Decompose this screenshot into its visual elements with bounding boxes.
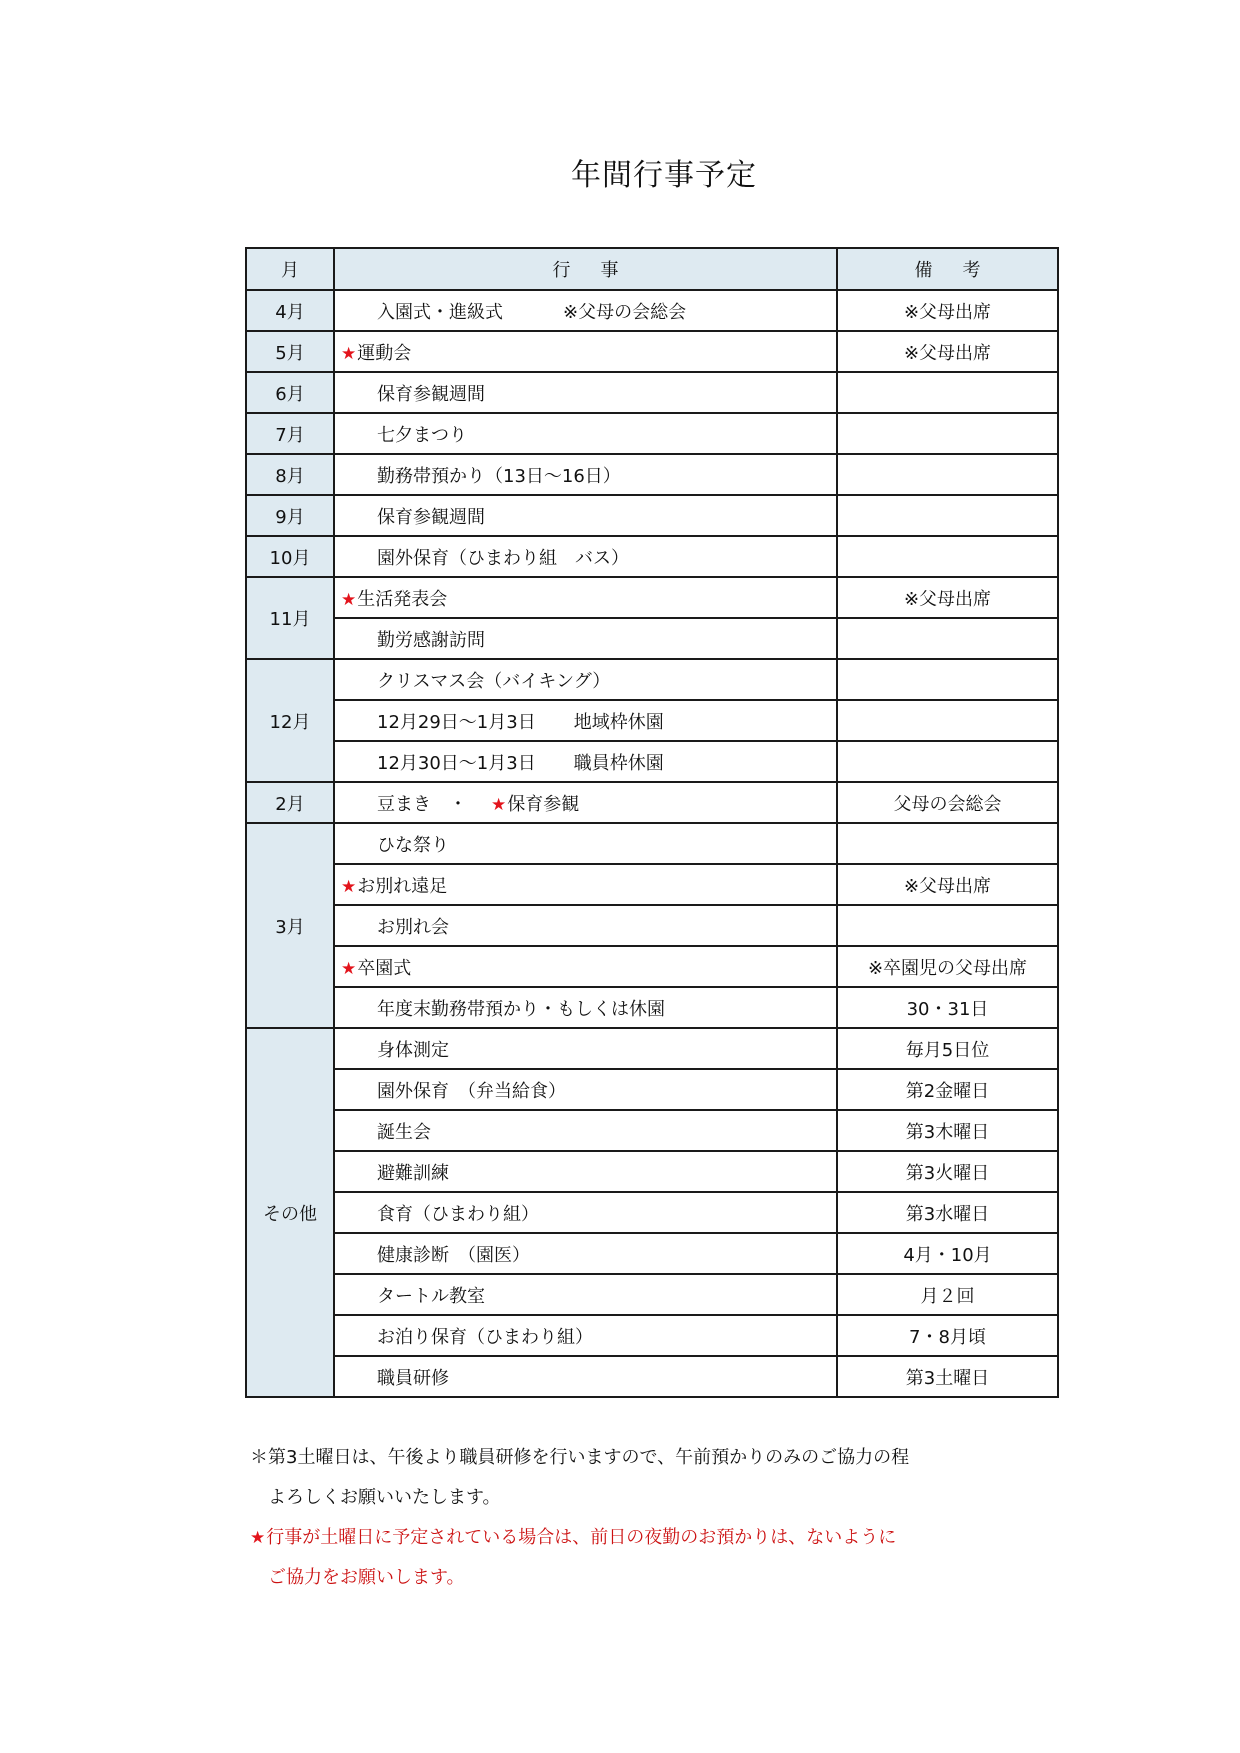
note-cell	[837, 372, 1058, 413]
event-cell: ★運動会	[334, 331, 837, 372]
table-row: 12月 クリスマス会（バイキング）	[246, 659, 1058, 700]
event-extra-label: 職員枠休園	[574, 753, 664, 774]
month-cell: 4月	[246, 290, 334, 331]
table-row: お別れ会	[246, 905, 1058, 946]
table-row: 12月30日～1月3日職員枠休園	[246, 741, 1058, 782]
star-icon: ★	[341, 590, 356, 610]
footnote-saturday-events-text: 行事が土曜日に予定されている場合は、前日の夜勤のお預かりは、ないように	[266, 1527, 896, 1548]
month-cell: 2月	[246, 782, 334, 823]
footnote-saturday-training-cont: よろしくお願いいたします。	[250, 1478, 909, 1518]
note-cell	[837, 495, 1058, 536]
event-cell: 食育（ひまわり組）	[334, 1192, 837, 1233]
event-cell: 勤務帯預かり（13日～16日）	[334, 454, 837, 495]
table-row: 10月 園外保育（ひまわり組 バス）	[246, 536, 1058, 577]
table-row: お泊り保育（ひまわり組） 7・8月頃	[246, 1315, 1058, 1356]
header-note: 備考	[837, 248, 1058, 290]
event-cell: 豆まき ・★保育参観	[334, 782, 837, 823]
table-row: 12月29日～1月3日地域枠休園	[246, 700, 1058, 741]
event-cell: お泊り保育（ひまわり組）	[334, 1315, 837, 1356]
star-icon: ★	[341, 344, 356, 364]
event-extra-label: 地域枠休園	[574, 712, 664, 733]
note-cell: 第3火曜日	[837, 1151, 1058, 1192]
annual-schedule-table: 月 行事 備考 4月 入園式・進級式※父母の会総会 ※父母出席 5月 ★運動会 …	[245, 247, 1059, 1398]
table-row: 健康診断 （園医） 4月・10月	[246, 1233, 1058, 1274]
event-cell: 避難訓練	[334, 1151, 837, 1192]
event-cell: 勤労感謝訪問	[334, 618, 837, 659]
note-cell	[837, 823, 1058, 864]
month-cell: 3月	[246, 823, 334, 1028]
event-cell: タートル教室	[334, 1274, 837, 1315]
table-row: 5月 ★運動会 ※父母出席	[246, 331, 1058, 372]
event-cell: 誕生会	[334, 1110, 837, 1151]
header-event: 行事	[334, 248, 837, 290]
table-row: 2月 豆まき ・★保育参観 父母の会総会	[246, 782, 1058, 823]
note-cell: ※父母出席	[837, 331, 1058, 372]
note-cell	[837, 700, 1058, 741]
event-cell: ★卒園式	[334, 946, 837, 987]
event-cell: 保育参観週間	[334, 495, 837, 536]
month-cell: 12月	[246, 659, 334, 782]
event-label: 豆まき ・	[377, 794, 467, 815]
note-cell	[837, 454, 1058, 495]
event-cell: ★生活発表会	[334, 577, 837, 618]
note-cell	[837, 536, 1058, 577]
event-cell: お別れ会	[334, 905, 837, 946]
note-cell	[837, 413, 1058, 454]
table-row: 園外保育 （弁当給食） 第2金曜日	[246, 1069, 1058, 1110]
header-event-label: 行事	[523, 260, 649, 281]
footnote-saturday-events-cont: ご協力をお願いします。	[250, 1558, 909, 1598]
table-header-row: 月 行事 備考	[246, 248, 1058, 290]
table-row: 誕生会 第3木曜日	[246, 1110, 1058, 1151]
note-cell	[837, 741, 1058, 782]
event-cell: 七夕まつり	[334, 413, 837, 454]
star-icon: ★	[250, 1528, 265, 1548]
table-row: ★お別れ遠足 ※父母出席	[246, 864, 1058, 905]
header-month: 月	[246, 248, 334, 290]
note-cell: 30・31日	[837, 987, 1058, 1028]
month-cell: 9月	[246, 495, 334, 536]
event-cell: ★お別れ遠足	[334, 864, 837, 905]
table-row: 勤労感謝訪問	[246, 618, 1058, 659]
table-row: 8月 勤務帯預かり（13日～16日）	[246, 454, 1058, 495]
table-row: その他 身体測定 毎月5日位	[246, 1028, 1058, 1069]
table-row: 職員研修 第3土曜日	[246, 1356, 1058, 1397]
event-cell: 園外保育 （弁当給食）	[334, 1069, 837, 1110]
header-note-label: 備考	[885, 260, 1011, 281]
event-label: 卒園式	[357, 958, 411, 979]
note-cell: 第3木曜日	[837, 1110, 1058, 1151]
month-cell: 11月	[246, 577, 334, 659]
event-label: 入園式・進級式	[377, 302, 503, 323]
event-cell: 入園式・進級式※父母の会総会	[334, 290, 837, 331]
table-row: 3月 ひな祭り	[246, 823, 1058, 864]
note-cell: ※父母出席	[837, 290, 1058, 331]
note-cell: 月２回	[837, 1274, 1058, 1315]
month-cell: 8月	[246, 454, 334, 495]
event-extra-label: ※父母の会総会	[563, 302, 686, 323]
event-extra-label: 保育参観	[507, 794, 579, 815]
note-cell	[837, 618, 1058, 659]
page-title: 年間行事予定	[0, 150, 1240, 194]
event-cell: 職員研修	[334, 1356, 837, 1397]
event-cell: 12月29日～1月3日地域枠休園	[334, 700, 837, 741]
note-cell: 毎月5日位	[837, 1028, 1058, 1069]
note-cell	[837, 659, 1058, 700]
event-cell: 身体測定	[334, 1028, 837, 1069]
month-cell: その他	[246, 1028, 334, 1397]
note-cell: 父母の会総会	[837, 782, 1058, 823]
event-cell: 健康診断 （園医）	[334, 1233, 837, 1274]
note-cell: 第3水曜日	[837, 1192, 1058, 1233]
table-row: 9月 保育参観週間	[246, 495, 1058, 536]
table-row: 食育（ひまわり組） 第3水曜日	[246, 1192, 1058, 1233]
event-cell: 保育参観週間	[334, 372, 837, 413]
note-cell: ※父母出席	[837, 577, 1058, 618]
star-icon: ★	[341, 959, 356, 979]
event-cell: 年度末勤務帯預かり・もしくは休園	[334, 987, 837, 1028]
table-row: 7月 七夕まつり	[246, 413, 1058, 454]
month-cell: 6月	[246, 372, 334, 413]
event-label: 生活発表会	[357, 589, 447, 610]
table-row: 6月 保育参観週間	[246, 372, 1058, 413]
event-label: 12月29日～1月3日	[377, 712, 536, 733]
note-cell: 第2金曜日	[837, 1069, 1058, 1110]
footnote-saturday-training: ＊第3土曜日は、午後より職員研修を行いますので、午前預かりのみのご協力の程	[250, 1438, 909, 1478]
table-row: 4月 入園式・進級式※父母の会総会 ※父母出席	[246, 290, 1058, 331]
event-label: お別れ遠足	[357, 876, 447, 897]
event-label: 12月30日～1月3日	[377, 753, 536, 774]
month-cell: 10月	[246, 536, 334, 577]
table-row: 年度末勤務帯預かり・もしくは休園 30・31日	[246, 987, 1058, 1028]
note-cell	[837, 905, 1058, 946]
note-cell: 第3土曜日	[837, 1356, 1058, 1397]
table-row: 避難訓練 第3火曜日	[246, 1151, 1058, 1192]
star-icon: ★	[491, 795, 506, 815]
note-cell: ※卒園児の父母出席	[837, 946, 1058, 987]
table-row: 11月 ★生活発表会 ※父母出席	[246, 577, 1058, 618]
note-cell: ※父母出席	[837, 864, 1058, 905]
month-cell: 5月	[246, 331, 334, 372]
footnotes: ＊第3土曜日は、午後より職員研修を行いますので、午前預かりのみのご協力の程 よろ…	[250, 1438, 909, 1598]
month-cell: 7月	[246, 413, 334, 454]
table-row: ★卒園式 ※卒園児の父母出席	[246, 946, 1058, 987]
footnote-saturday-events: ★行事が土曜日に予定されている場合は、前日の夜勤のお預かりは、ないように	[250, 1518, 909, 1558]
event-cell: 12月30日～1月3日職員枠休園	[334, 741, 837, 782]
event-cell: ひな祭り	[334, 823, 837, 864]
event-cell: 園外保育（ひまわり組 バス）	[334, 536, 837, 577]
note-cell: 7・8月頃	[837, 1315, 1058, 1356]
table-row: タートル教室 月２回	[246, 1274, 1058, 1315]
event-label: 運動会	[357, 343, 411, 364]
event-cell: クリスマス会（バイキング）	[334, 659, 837, 700]
star-icon: ★	[341, 877, 356, 897]
note-cell: 4月・10月	[837, 1233, 1058, 1274]
